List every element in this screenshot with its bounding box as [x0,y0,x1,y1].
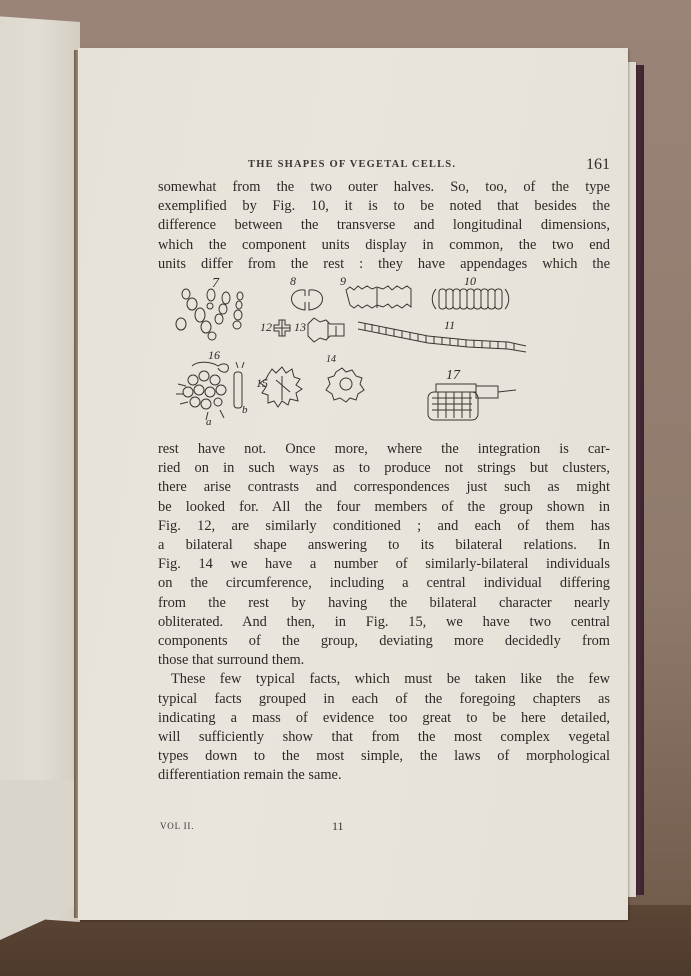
fig9-drawing [346,286,411,308]
page-footer: VOL II. 11 [160,821,612,841]
text-line: ried on in such ways as to produce not s… [158,459,610,478]
fig16a-label: a [206,416,212,428]
text-line: a bilateral shape answering to its bilat… [158,536,610,555]
text-line: exemplified by Fig. 10, it is to be note… [158,197,610,216]
fig12-drawing [274,320,290,336]
fig11-drawing [358,322,526,352]
page-number: 161 [586,156,610,174]
fig13-drawing [308,318,344,342]
fig9-label: 9 [340,274,346,289]
fig14-label: 14 [326,354,336,365]
book-page: THE SHAPES OF VEGETAL CELLS. 161 somewha… [78,48,628,920]
fig7-label: 7 [212,276,219,292]
fig10-drawing [432,289,509,309]
text-line: difference between the transverse and lo… [158,216,610,235]
text-line: obliterated. And then, in Fig. 15, we ha… [158,613,610,632]
fig7-drawing [176,289,243,340]
signature-mark: 11 [332,819,344,834]
text-line: rest have not. Once more, where the inte… [158,440,610,459]
paragraph-3: These few typical facts, which must be t… [158,670,610,785]
text-line: components of the group, deviating more … [158,632,610,651]
fig17-drawing [428,384,516,420]
fig14-drawing [326,368,364,402]
paragraph-2: rest have not. Once more, where the inte… [158,440,610,670]
fig8-label: 8 [290,274,296,289]
fig15-label: 15 [256,376,268,391]
text-line: These few typical facts, which must be t… [158,670,610,689]
fig10-label: 10 [464,274,476,289]
fig13-label: 13 [294,320,306,335]
volume-mark: VOL II. [160,821,194,831]
text-line: those that surround them. [158,651,610,670]
fig16-label: 16 [208,348,220,363]
text-line: types down to the most simple, the laws … [158,747,610,766]
text-line: Fig. 14 we have a number of similarly-bi… [158,555,610,574]
fig17-label: 17 [446,368,460,384]
text-line: there arise contrasts and correspondence… [158,478,610,497]
figure-cell-illustrations: 7 8 9 10 11 12 13 14 15 16 a b 17 [168,280,548,430]
fig12-label: 12 [260,320,272,335]
text-line: somewhat from the two outer halves. So, … [158,178,610,197]
paragraph-1: somewhat from the two outer halves. So, … [158,178,610,274]
text-line: from the rest by having the bilateral ch… [158,594,610,613]
text-line: on the circumference, including a centra… [158,574,610,593]
text-line: which the component units display in com… [158,236,610,255]
text-line: will sufficiently show that from the mos… [158,728,610,747]
fig16-drawing [176,362,244,420]
text-line: be looked for. All the four members of t… [158,498,610,517]
fig8-drawing [291,290,322,310]
fig16b-label: b [242,404,248,416]
text-line: differentiation remain the same. [158,766,610,785]
text-line: Fig. 12, are similarly conditioned ; and… [158,517,610,536]
book-gutter [74,50,78,918]
fig11-label: 11 [444,318,455,333]
text-line: units differ from the rest : they have a… [158,255,610,274]
running-head: THE SHAPES OF VEGETAL CELLS. 161 [158,156,610,178]
text-line: typical facts grouped in each of the for… [158,690,610,709]
page-content: THE SHAPES OF VEGETAL CELLS. 161 somewha… [158,156,610,786]
running-title: THE SHAPES OF VEGETAL CELLS. [248,159,456,170]
text-line: indicating a mass of evidence too great … [158,709,610,728]
